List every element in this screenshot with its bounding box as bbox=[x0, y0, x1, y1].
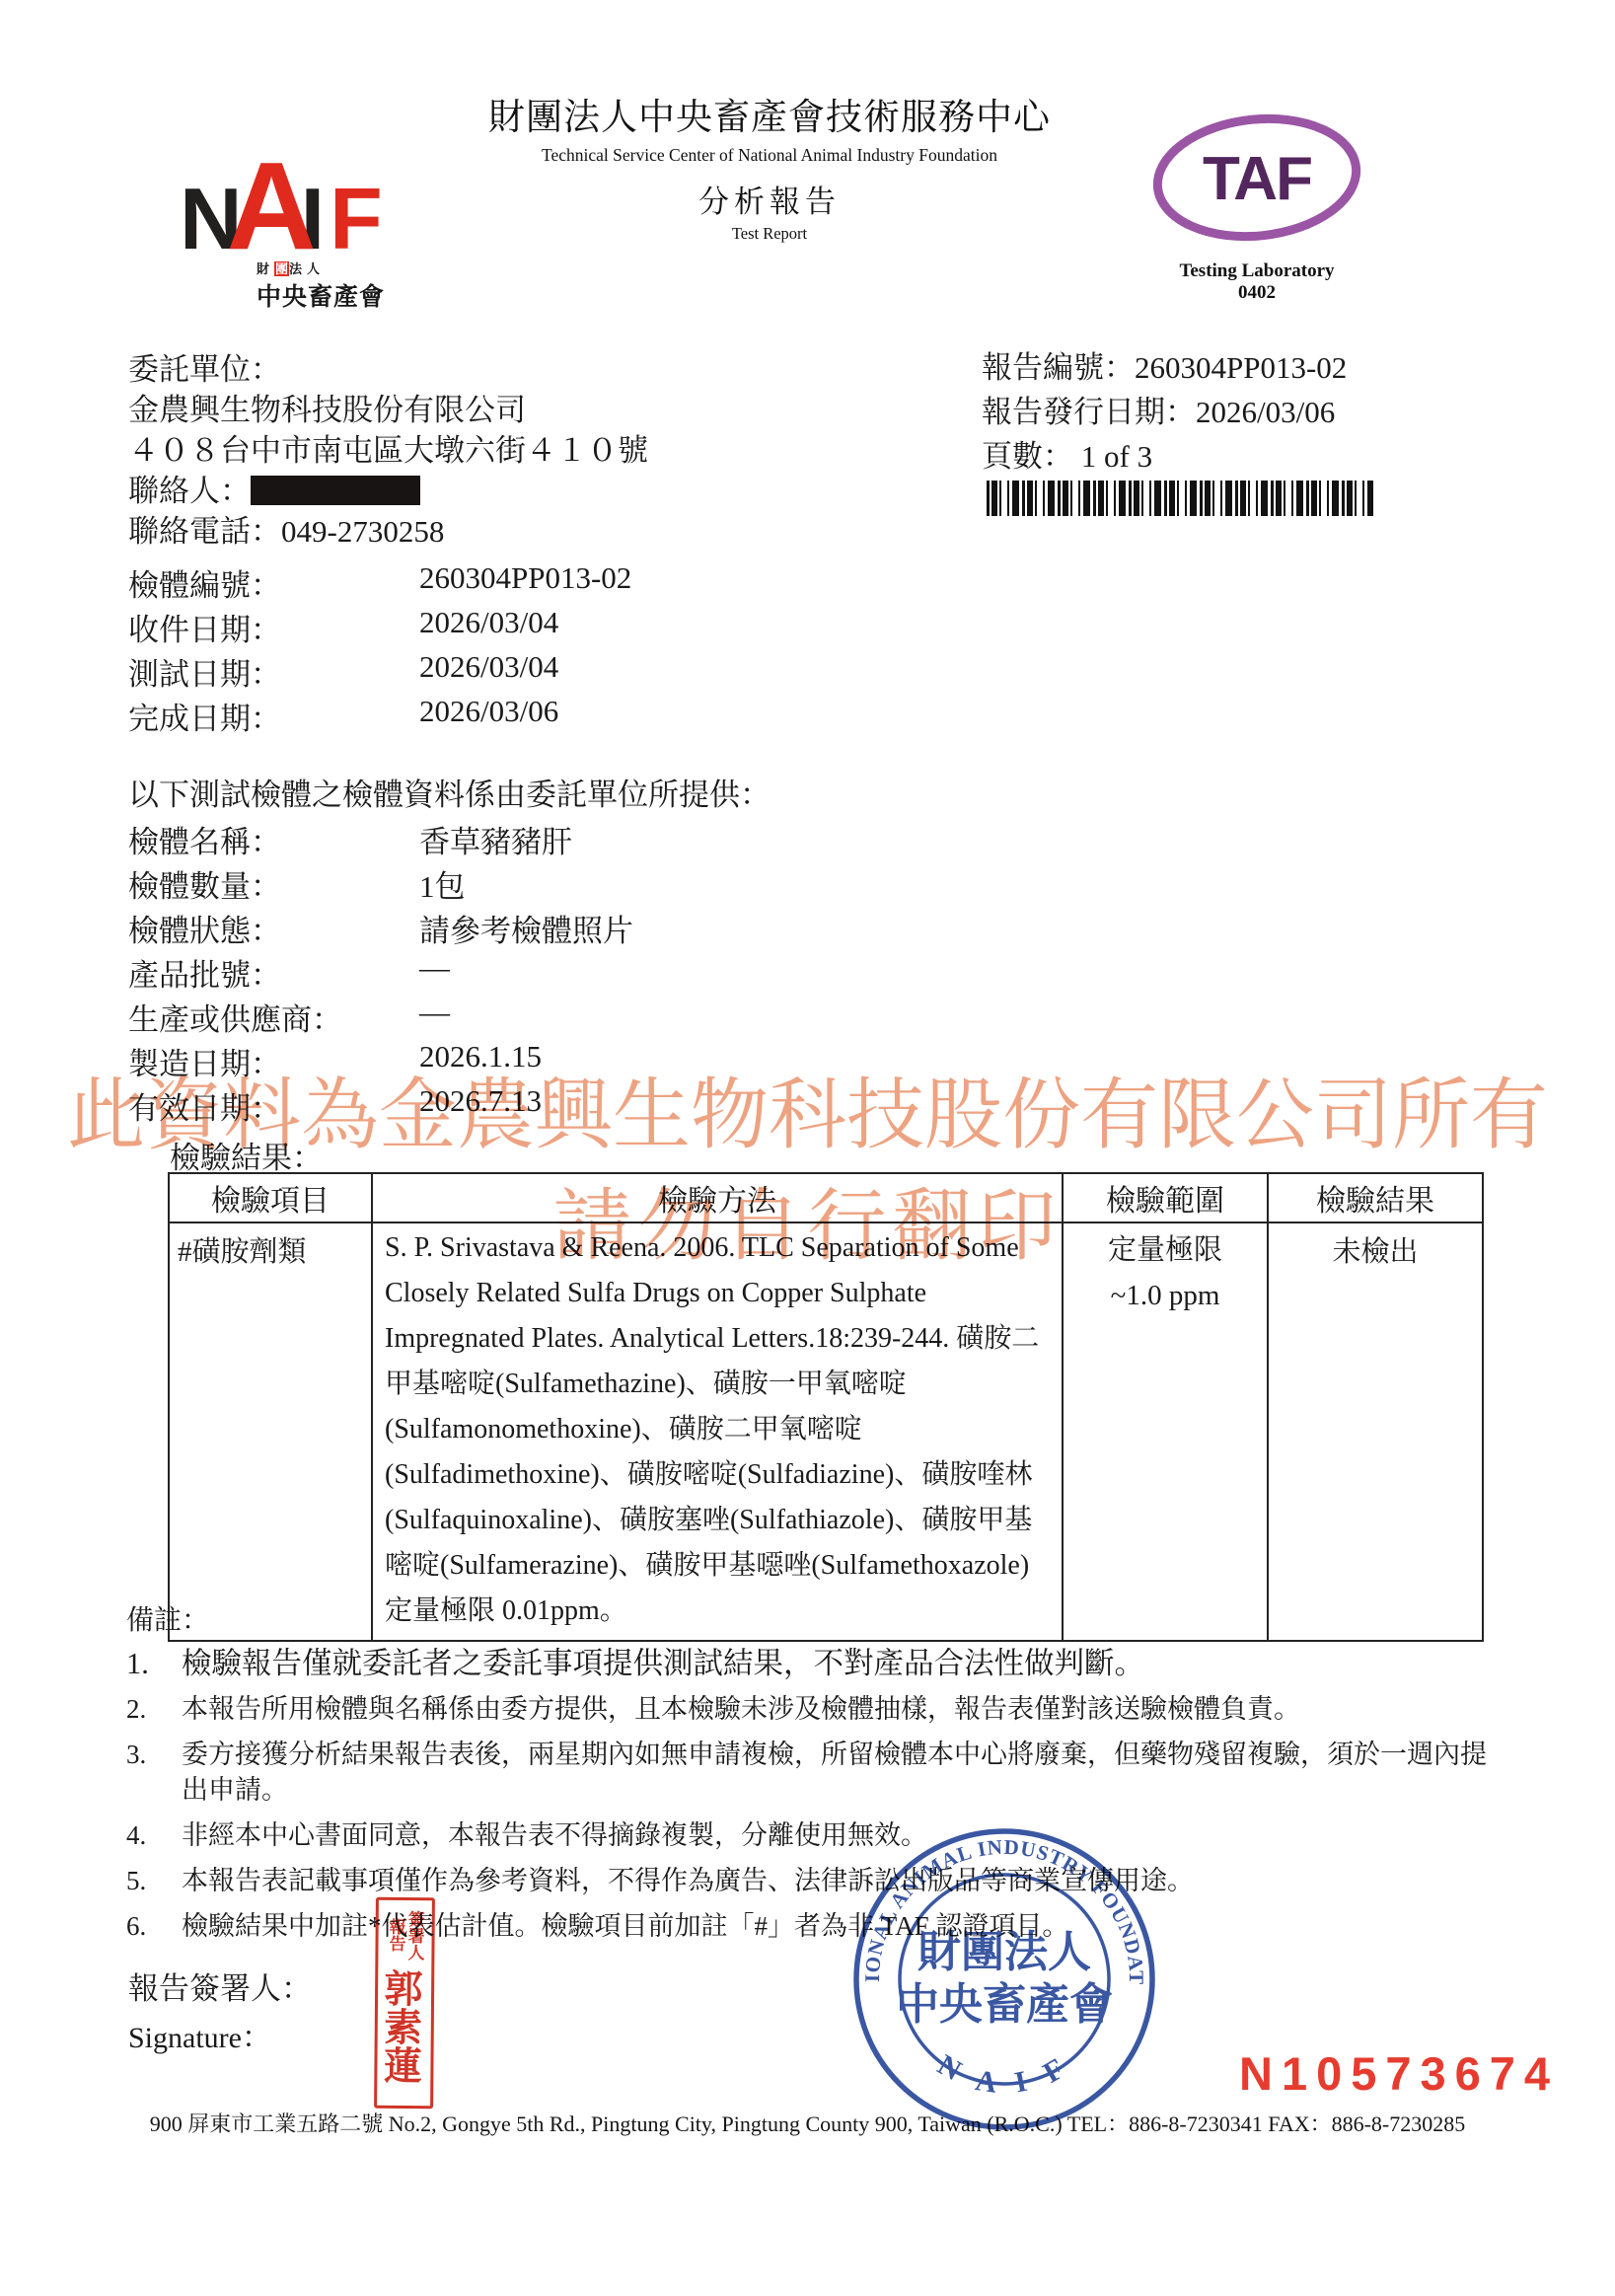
note-item-4: 4.非經本中心書面同意，本報告表不得摘錄複製，分離使用無效。 bbox=[126, 1817, 1505, 1853]
footer-address: 900 屏東市工業五路二號 No.2, Gongye 5th Rd., Ping… bbox=[0, 2108, 1615, 2138]
sample-meta-block: 檢體編號：260304PP013-02 收件日期：2026/03/04 測試日期… bbox=[128, 560, 631, 738]
signer-stamp-header: 簽署人 報告 bbox=[378, 1903, 432, 1966]
results-header-row: 檢驗項目 檢驗方法 檢驗範圍 檢驗結果 bbox=[169, 1173, 1483, 1222]
taf-ellipse-icon: TAF bbox=[1146, 109, 1368, 255]
test-date-value: 2026/03/04 bbox=[419, 649, 558, 685]
mfg-date-row: 製造日期：2026.1.15 bbox=[128, 1039, 771, 1083]
serial-number: N10573674 bbox=[1239, 2046, 1559, 2101]
results-table: 檢驗項目 檢驗方法 檢驗範圍 檢驗結果 #磺胺劑類 S. P. Srivasta… bbox=[168, 1172, 1484, 1642]
client-contact-row: 聯絡人： bbox=[128, 471, 648, 511]
naif-logo-letters: NAIF bbox=[180, 158, 406, 255]
col-header-range: 檢驗範圍 bbox=[1063, 1173, 1268, 1222]
note-text: 本報告所用檢體與名稱係由委方提供，且本檢驗未涉及檢體抽樣，報告表僅對該送驗檢體負… bbox=[182, 1691, 1300, 1727]
received-date-row: 收件日期：2026/03/04 bbox=[128, 605, 631, 649]
report-info-block: 報告編號：260304PP013-02 報告發行日期：2026/03/06 頁數… bbox=[982, 345, 1347, 479]
batch-no-row: 產品批號：— bbox=[128, 950, 771, 995]
sample-id-row: 檢體編號：260304PP013-02 bbox=[128, 560, 631, 605]
report-no-value: 260304PP013-02 bbox=[1135, 350, 1347, 385]
batch-no-label: 產品批號： bbox=[128, 950, 419, 995]
exp-date-label: 有效日期： bbox=[128, 1083, 419, 1128]
test-date-row: 測試日期：2026/03/04 bbox=[128, 649, 631, 694]
producer-value: — bbox=[419, 995, 450, 1030]
complete-date-label: 完成日期： bbox=[128, 694, 419, 738]
producer-label: 生產或供應商： bbox=[128, 995, 419, 1039]
result-method-cell: S. P. Srivastava & Reena. 2006. TLC Sepa… bbox=[372, 1222, 1063, 1641]
taf-label: Testing Laboratory bbox=[1142, 260, 1371, 282]
note-number: 1. bbox=[126, 1646, 182, 1681]
naif-letter-f: F bbox=[330, 184, 383, 255]
issue-date-row: 報告發行日期：2026/03/06 bbox=[982, 390, 1347, 434]
note-number: 5. bbox=[126, 1863, 182, 1898]
signer-stamp-col-left: 報告 bbox=[387, 1903, 404, 1966]
org-title: 財團法人中央畜產會技術服務中心 bbox=[424, 87, 1115, 140]
note-text: 檢驗報告僅就委託者之委託事項提供測試結果，不對產品合法性做判斷。 bbox=[182, 1646, 1144, 1681]
note-number: 4. bbox=[126, 1817, 182, 1853]
report-no-row: 報告編號：260304PP013-02 bbox=[982, 345, 1347, 390]
client-phone-row: 聯絡電話：049-2730258 bbox=[128, 511, 648, 552]
taf-text: TAF bbox=[1203, 145, 1311, 213]
results-section-label: 檢驗結果： bbox=[170, 1133, 323, 1177]
org-subtitle: Technical Service Center of National Ani… bbox=[424, 145, 1115, 166]
test-date-label: 測試日期： bbox=[128, 649, 419, 694]
result-value-cell: 未檢出 bbox=[1268, 1222, 1483, 1641]
sample-state-row: 檢體狀態：請參考檢體照片 bbox=[128, 906, 771, 950]
signer-label-en: Signature： bbox=[128, 2013, 271, 2056]
batch-no-value: — bbox=[419, 950, 450, 986]
sample-state-label: 檢體狀態： bbox=[128, 906, 419, 950]
mfg-date-label: 製造日期： bbox=[128, 1039, 419, 1083]
taf-number: 0402 bbox=[1142, 282, 1371, 304]
report-subtitle: Test Report bbox=[424, 224, 1115, 244]
sample-qty-row: 檢體數量：1包 bbox=[128, 861, 771, 906]
sample-id-label: 檢體編號： bbox=[128, 560, 419, 605]
sample-qty-value: 1包 bbox=[419, 861, 466, 906]
signer-name-stamp: 簽署人 報告 郭素蓮 bbox=[374, 1897, 435, 2110]
sample-name-row: 檢體名稱：香草豬豬肝 bbox=[128, 817, 771, 861]
phone-value: 049-2730258 bbox=[281, 514, 444, 549]
report-no-label: 報告編號： bbox=[982, 350, 1135, 385]
sample-qty-label: 檢體數量： bbox=[128, 861, 419, 906]
notes-label: 備註： bbox=[126, 1598, 1505, 1638]
issue-date-value: 2026/03/06 bbox=[1196, 395, 1335, 429]
pages-value: 1 of 3 bbox=[1081, 439, 1152, 474]
sample-name-label: 檢體名稱： bbox=[128, 817, 419, 861]
notes-block: 備註： 1.檢驗報告僅就委託者之委託事項提供測試結果，不對產品合法性做判斷。 2… bbox=[126, 1598, 1505, 1944]
note-number: 6. bbox=[126, 1908, 182, 1944]
taf-logo: TAF Testing Laboratory 0402 bbox=[1142, 109, 1371, 304]
received-date-value: 2026/03/04 bbox=[419, 605, 558, 640]
signer-stamp-col-right: 簽署人 bbox=[405, 1903, 423, 1966]
foundation-round-stamp-icon: NATIONAL ANIMAL INDUSTRY FOUNDATION N A … bbox=[850, 1825, 1158, 2133]
complete-date-row: 完成日期：2026/03/06 bbox=[128, 694, 631, 738]
sample-info-intro: 以下測試檢體之檢體資料係由委託單位所提供： bbox=[128, 770, 771, 817]
report-title: 分析報告 bbox=[424, 177, 1115, 221]
col-header-item: 檢驗項目 bbox=[169, 1173, 372, 1222]
redacted-contact-name bbox=[251, 476, 420, 505]
round-stamp-inner-line1: 財團法人 bbox=[918, 1928, 1091, 1976]
note-item-1: 1.檢驗報告僅就委託者之委託事項提供測試結果，不對產品合法性做判斷。 bbox=[126, 1646, 1505, 1681]
round-stamp-arc-bottom-text: N A I F bbox=[932, 2048, 1076, 2101]
signer-label-zh: 報告簽署人： bbox=[128, 1963, 312, 2008]
note-number: 3. bbox=[126, 1737, 182, 1808]
table-row: #磺胺劑類 S. P. Srivastava & Reena. 2006. TL… bbox=[169, 1222, 1483, 1641]
note-item-2: 2.本報告所用檢體與名稱係由委方提供，且本檢驗未涉及檢體抽樣，報告表僅對該送驗檢… bbox=[126, 1691, 1505, 1727]
result-range-cell: 定量極限 ~1.0 ppm bbox=[1063, 1222, 1268, 1641]
sample-id-value: 260304PP013-02 bbox=[419, 560, 631, 596]
phone-label: 聯絡電話： bbox=[128, 514, 281, 549]
contact-label: 聯絡人： bbox=[128, 474, 251, 508]
note-item-3: 3.委方接獲分析結果報告表後，兩星期內如無申請複檢，所留檢體本中心將廢棄，但藥物… bbox=[126, 1737, 1505, 1808]
client-label: 委託單位： bbox=[128, 349, 648, 390]
pages-label: 頁數： bbox=[982, 439, 1073, 474]
exp-date-value: 2026.7.13 bbox=[419, 1083, 542, 1119]
signer-stamp-name: 郭素蓮 bbox=[377, 1968, 420, 2084]
naif-logo: NAIF 財團法人 中央畜產會 bbox=[180, 158, 406, 313]
barcode bbox=[987, 481, 1373, 516]
col-header-result: 檢驗結果 bbox=[1268, 1173, 1483, 1222]
note-number: 2. bbox=[126, 1691, 182, 1727]
client-address: ４０８台中市南屯區大墩六街４１０號 bbox=[128, 430, 648, 471]
note-text: 委方接獲分析結果報告表後，兩星期內如無申請複檢，所留檢體本中心將廢棄，但藥物殘留… bbox=[182, 1737, 1505, 1808]
note-text: 非經本中心書面同意，本報告表不得摘錄複製，分離使用無效。 bbox=[182, 1817, 927, 1853]
received-date-label: 收件日期： bbox=[128, 605, 419, 649]
result-item-cell: #磺胺劑類 bbox=[169, 1222, 372, 1641]
sample-info-block: 以下測試檢體之檢體資料係由委託單位所提供： 檢體名稱：香草豬豬肝 檢體數量：1包… bbox=[128, 770, 771, 1128]
issue-date-label: 報告發行日期： bbox=[982, 395, 1196, 429]
svg-text:N A I F: N A I F bbox=[932, 2048, 1076, 2101]
pages-row: 頁數： 1 of 3 bbox=[982, 434, 1347, 479]
producer-row: 生產或供應商：— bbox=[128, 995, 771, 1039]
document-header: 財團法人中央畜產會技術服務中心 Technical Service Center… bbox=[424, 87, 1115, 244]
round-stamp-inner-line2: 中央畜產會 bbox=[896, 1980, 1113, 2029]
naif-letter-a: A bbox=[227, 158, 317, 255]
naif-caption-large: 中央畜產會 bbox=[257, 277, 406, 313]
exp-date-row: 有效日期：2026.7.13 bbox=[128, 1083, 771, 1128]
complete-date-value: 2026/03/06 bbox=[419, 694, 558, 729]
sample-state-value: 請參考檢體照片 bbox=[419, 906, 633, 950]
note-item-5: 5.本報告表記載事項僅作為參考資料，不得作為廣告、法律訴訟出版品等商業宣傳用途。 bbox=[126, 1863, 1505, 1898]
sample-name-value: 香草豬豬肝 bbox=[419, 817, 572, 861]
note-item-6: 6.檢驗結果中加註*代表估計值。檢驗項目前加註「#」者為非 TAF 認證項目。 bbox=[126, 1908, 1505, 1944]
mfg-date-value: 2026.1.15 bbox=[419, 1039, 542, 1074]
client-name: 金農興生物科技股份有限公司 bbox=[128, 390, 648, 430]
test-report-page: NAIF 財團法人 中央畜產會 財團法人中央畜產會技術服務中心 Technica… bbox=[0, 0, 1615, 2296]
col-header-method: 檢驗方法 bbox=[372, 1173, 1063, 1222]
client-block: 委託單位： 金農興生物科技股份有限公司 ４０８台中市南屯區大墩六街４１０號 聯絡… bbox=[128, 349, 648, 552]
